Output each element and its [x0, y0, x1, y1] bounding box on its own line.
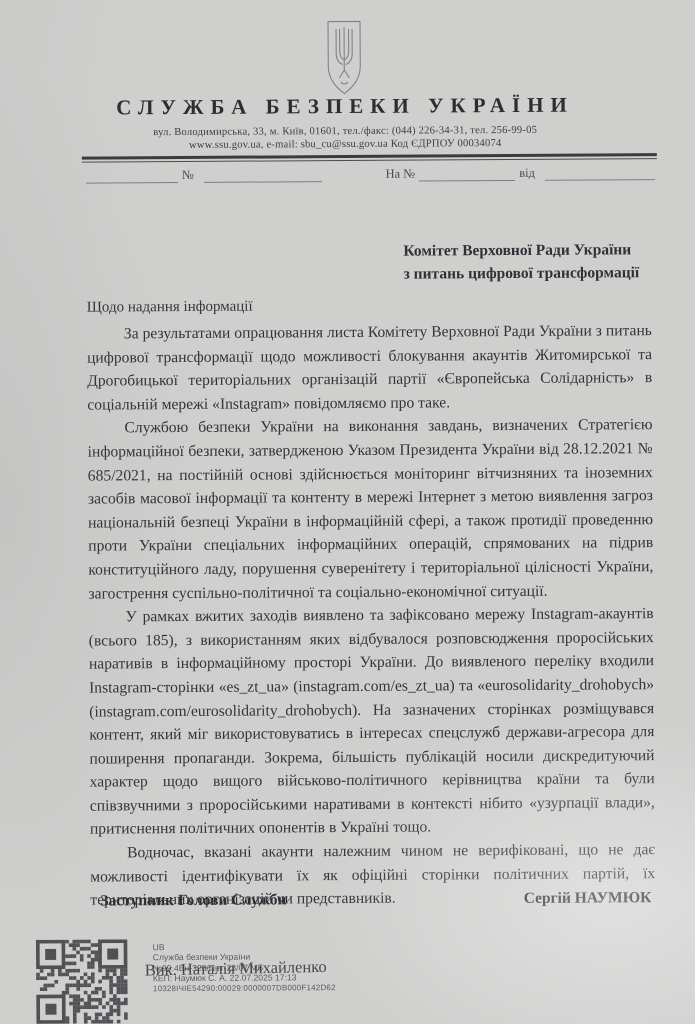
- signer-name: Сергій НАУМЮК: [524, 889, 652, 908]
- date-blank: [86, 170, 178, 184]
- letter-body: За результатами опрацювання листа Коміте…: [87, 319, 656, 912]
- from-blank: [545, 167, 655, 181]
- scanned-letter: СЛУЖБА БЕЗПЕКИ УКРАЇНИ вул. Володимирськ…: [0, 0, 695, 1024]
- signature-row: Заступник Голови Служби Сергій НАУМЮК: [100, 889, 651, 910]
- addressee-line2: з питань цифрової трансформації: [403, 261, 639, 285]
- executor-note: Вик. Наталія Михайленко: [145, 957, 327, 981]
- number-blank: [204, 169, 322, 183]
- ukraine-trident-icon: [324, 20, 364, 96]
- paragraph: Службою безпеки України на виконання зав…: [87, 414, 653, 606]
- on-number-label: На №: [386, 167, 416, 182]
- addressee-line1: Комітет Верховної Ради України: [403, 238, 639, 262]
- paragraph: У рамках вжитих заходів виявлено та зафі…: [89, 602, 655, 841]
- number-label: №: [182, 168, 194, 183]
- addressee-block: Комітет Верховної Ради України з питань …: [403, 238, 639, 285]
- reference-line: № На № від: [86, 165, 655, 183]
- org-contact-line: www.ssu.gov.ua, e-mail: sbu_cu@ssu.gov.u…: [0, 137, 693, 152]
- paragraph: За результатами опрацювання листа Коміте…: [87, 319, 653, 417]
- from-label: від: [519, 166, 535, 181]
- qr-code: [36, 939, 129, 1024]
- signer-title: Заступник Голови Служби: [100, 891, 286, 910]
- subject-line: Щодо надання інформації: [87, 299, 253, 317]
- org-name: СЛУЖБА БЕЗПЕКИ УКРАЇНИ: [0, 92, 693, 121]
- stamp-id: 10328ІЧІЕ54290:00029:0000007DB000F142D62: [153, 983, 336, 995]
- on-number-blank: [419, 168, 515, 182]
- header-divider: [82, 153, 657, 163]
